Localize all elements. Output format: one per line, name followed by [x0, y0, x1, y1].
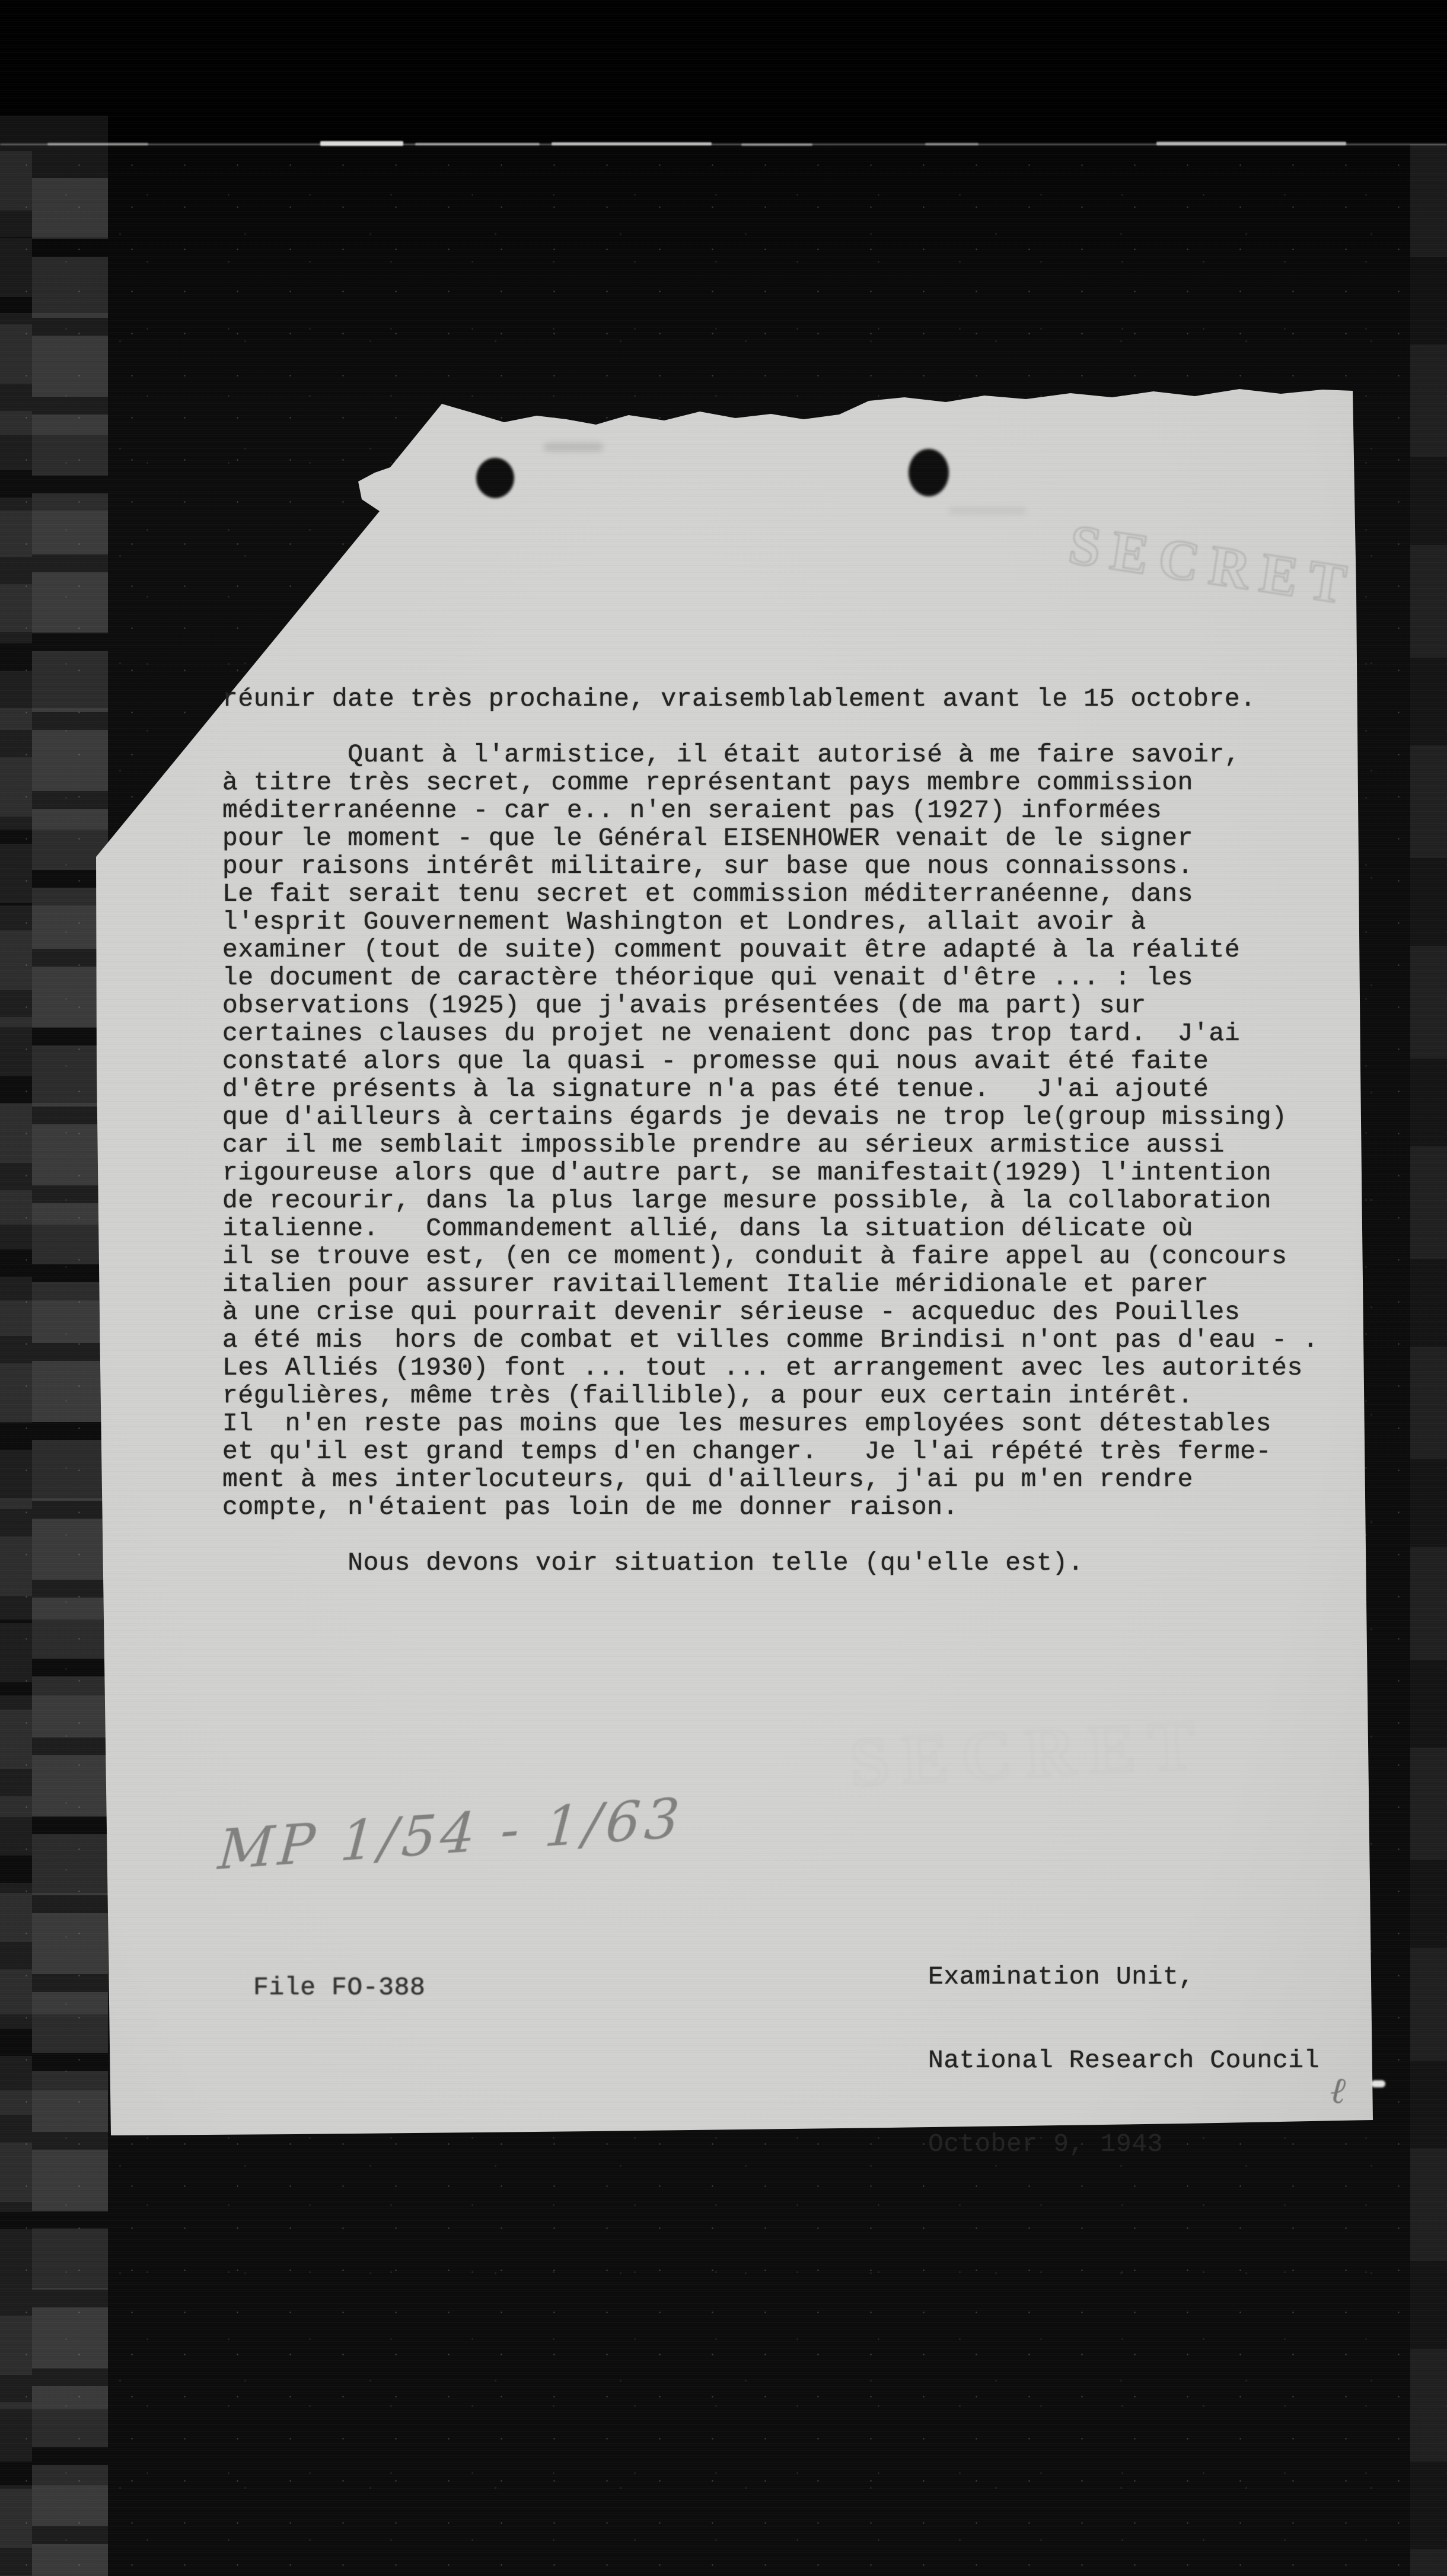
- signature-department: National Research Council: [928, 2046, 1319, 2074]
- typed-line: que d'ailleurs à certains égards je deva…: [222, 1103, 1318, 1131]
- typed-line: Nous devons voir situation telle (qu'ell…: [222, 1549, 1318, 1577]
- typed-line: compte, n'étaient pas loin de me donner …: [222, 1493, 1318, 1521]
- signature-block: Examination Unit, National Research Coun…: [928, 1907, 1319, 2186]
- paper-edge-speck: [1371, 2080, 1385, 2087]
- typed-line: pour raisons intérêt militaire, sur base…: [222, 852, 1318, 880]
- typed-line: certaines clauses du projet ne venaient …: [222, 1019, 1318, 1047]
- typed-line: pour le moment - que le Général EISENHOW…: [222, 824, 1318, 852]
- film-scratch-segment: [741, 144, 812, 146]
- typed-line: Quant à l'armistice, il était autorisé à…: [222, 741, 1318, 769]
- typed-line: d'être présents à la signature n'a pas é…: [222, 1075, 1318, 1103]
- typed-line: Il n'en reste pas moins que les mesures …: [222, 1410, 1318, 1437]
- film-edge-left-outer: [0, 151, 32, 2576]
- typed-line: l'esprit Gouvernement Washington et Lond…: [222, 908, 1318, 936]
- film-background-top: [0, 0, 1447, 144]
- typed-line: italien pour assurer ravitaillement Ital…: [222, 1270, 1318, 1298]
- typed-line: et qu'il est grand temps d'en changer. J…: [222, 1437, 1318, 1465]
- typed-line: Les Alliés (1930) font ... tout ... et a…: [222, 1354, 1318, 1382]
- film-scratch-segment: [552, 142, 712, 145]
- typed-line: rigoureuse alors que d'autre part, se ma…: [222, 1159, 1318, 1187]
- typed-line: italienne. Commandement allié, dans la s…: [222, 1214, 1318, 1242]
- signature-organization: Examination Unit,: [928, 1963, 1319, 1991]
- film-scratch-segment: [925, 143, 979, 145]
- typed-line: il se trouve est, (en ce moment), condui…: [222, 1242, 1318, 1270]
- typed-line: [222, 713, 1318, 741]
- punch-hole-left: [476, 458, 514, 498]
- punch-hole-right: [909, 449, 949, 496]
- typed-line: régulières, même très (faillible), a pou…: [222, 1382, 1318, 1410]
- paper-smudge: [949, 508, 1026, 514]
- typed-line: le document de caractère théorique qui v…: [222, 964, 1318, 991]
- typed-line: méditerranéenne - car e.. n'en seraient …: [222, 796, 1318, 824]
- typed-line: à une crise qui pourrait devenir sérieus…: [222, 1298, 1318, 1326]
- typed-line: Le fait serait tenu secret et commission…: [222, 880, 1318, 908]
- typed-line: observations (1925) que j'avais présenté…: [222, 991, 1318, 1019]
- film-scratch-segment: [320, 141, 403, 146]
- typed-line: constaté alors que la quasi - promesse q…: [222, 1047, 1318, 1075]
- typed-line: examiner (tout de suite) comment pouvait…: [222, 936, 1318, 964]
- letter-body: réunir date très prochaine, vraisemblabl…: [222, 685, 1318, 1577]
- file-reference: File FO-388: [253, 1974, 425, 2001]
- typed-line: réunir date très prochaine, vraisemblabl…: [222, 685, 1318, 713]
- film-edge-right: [1410, 144, 1447, 2576]
- typed-line: a été mis hors de combat et villes comme…: [222, 1326, 1318, 1354]
- signature-date: October 9, 1943: [928, 2130, 1319, 2158]
- typed-line: à titre très secret, comme représentant …: [222, 769, 1318, 796]
- typed-line: ment à mes interlocuteurs, qui d'ailleur…: [222, 1465, 1318, 1493]
- paper-smudge: [544, 443, 603, 451]
- film-scratch-segment: [415, 143, 540, 145]
- typed-line: car il me semblait impossible prendre au…: [222, 1131, 1318, 1159]
- typed-line: de recourir, dans la plus large mesure p…: [222, 1187, 1318, 1214]
- film-edge-left-inner: [32, 178, 108, 2576]
- typed-line: [222, 1521, 1318, 1549]
- film-scratch-segment: [1156, 142, 1346, 145]
